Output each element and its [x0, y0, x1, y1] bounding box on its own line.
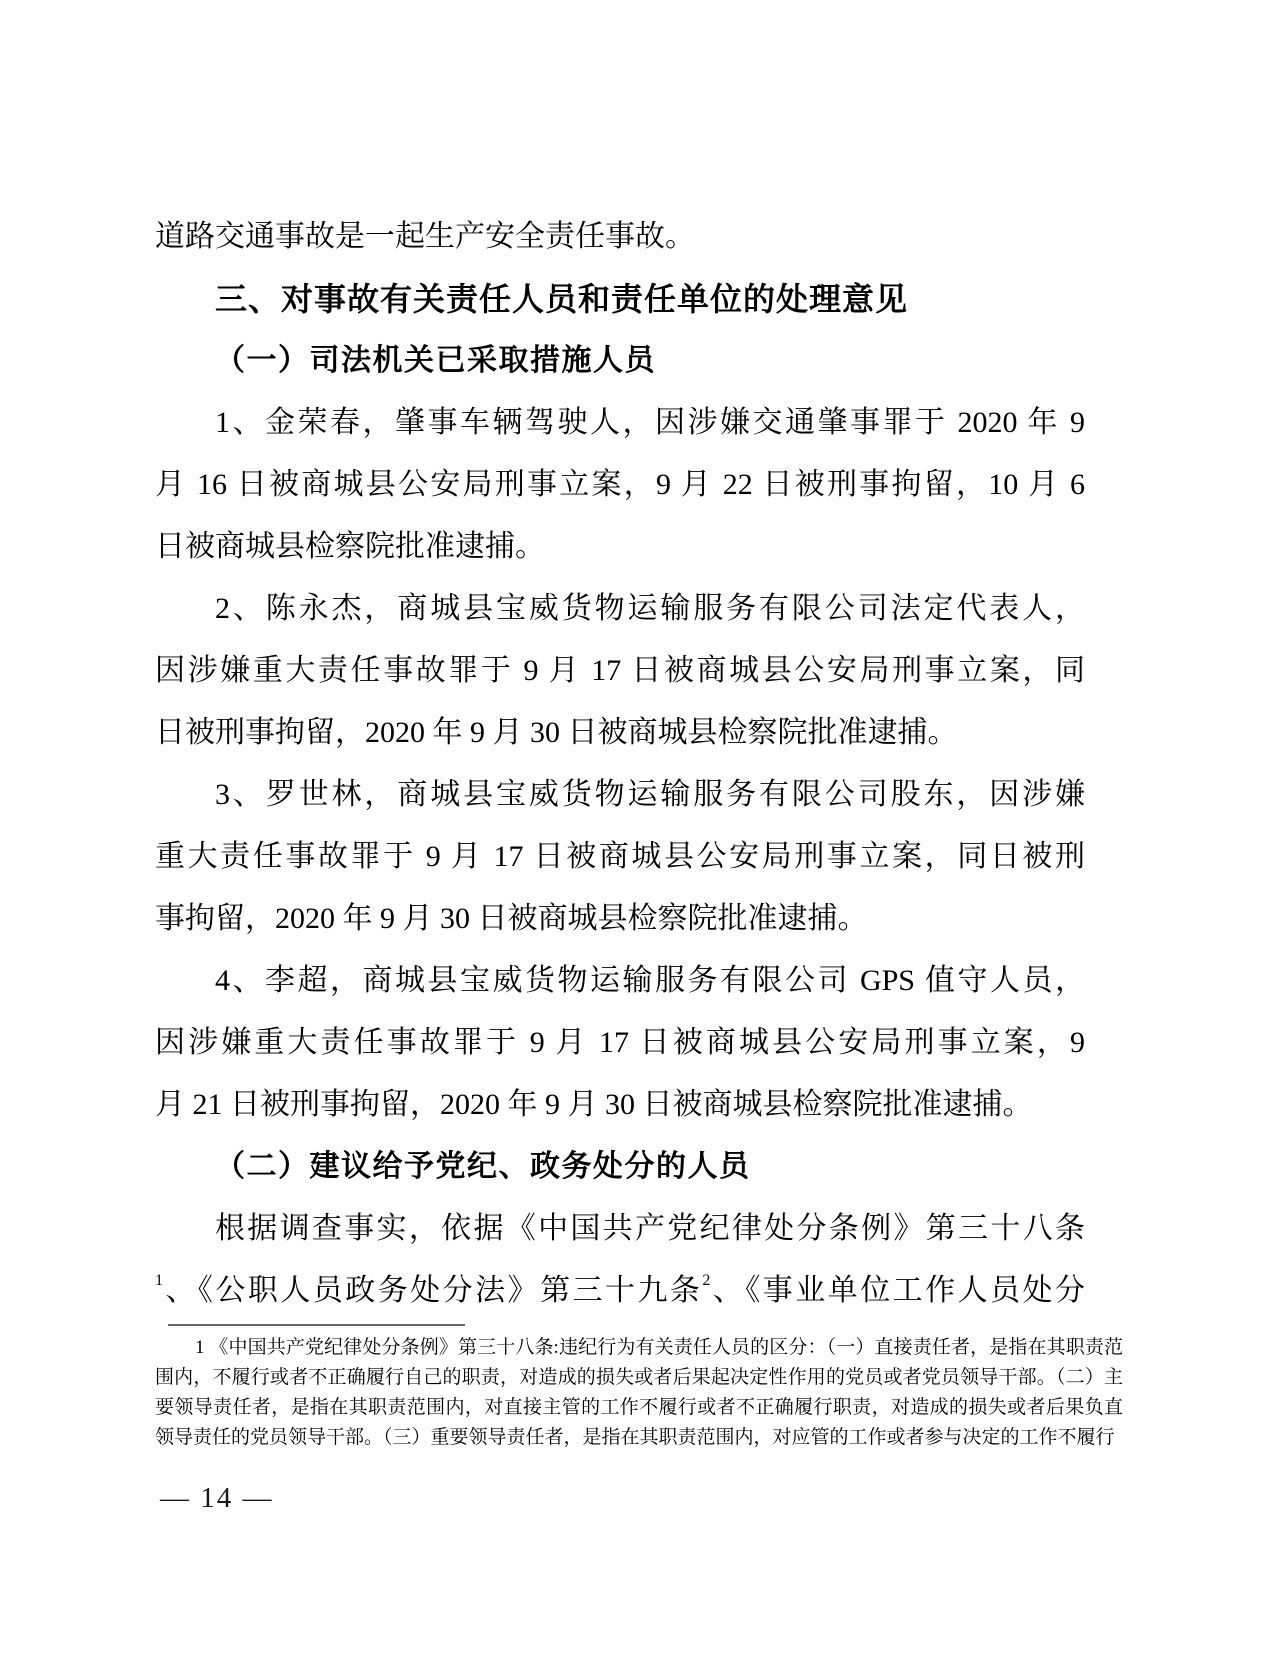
document-body: 道路交通事故是一起生产安全责任事故。三、对事故有关责任人员和责任单位的处理意见（… — [155, 206, 1085, 1322]
footnote-marker: 2 — [702, 1272, 710, 1289]
document-page: 道路交通事故是一起生产安全责任事故。三、对事故有关责任人员和责任单位的处理意见（… — [0, 0, 1280, 1656]
paragraph-line: 因涉嫌重大责任事故罪于 9 月 17 日被商城县公安局刑事立案，同 — [155, 640, 1085, 702]
paragraph-line: 重大责任事故罪于 9 月 17 日被商城县公安局刑事立案，同日被刑 — [155, 826, 1085, 888]
paragraph-line: 3、罗世林，商城县宝威货物运输服务有限公司股东，因涉嫌 — [155, 764, 1085, 826]
paragraph-line: 月 21 日被刑事拘留，2020 年 9 月 30 日被商城县检察院批准逮捕。 — [155, 1074, 1085, 1136]
text-run: 、《公职人员政务处分法》第三十九条 — [163, 1274, 702, 1307]
subsection-heading-1: （一）司法机关已采取措施人员 — [155, 330, 1085, 392]
footnote-line: 要领导责任者，是指在其职责范围内，对直接主管的工作不履行或者不正确履行职责，对造… — [155, 1393, 1123, 1423]
paragraph-line: 道路交通事故是一起生产安全责任事故。 — [155, 206, 1085, 268]
text-run: 、《事业单位工作人员处分 — [710, 1274, 1085, 1307]
paragraph-line: 月 16 日被商城县公安局刑事立案，9 月 22 日被刑事拘留，10 月 6 — [155, 454, 1085, 516]
paragraph-line: 1、《公职人员政务处分法》第三十九条2、《事业单位工作人员处分 — [155, 1260, 1085, 1322]
paragraph-line: 因涉嫌重大责任事故罪于 9 月 17 日被商城县公安局刑事立案，9 — [155, 1012, 1085, 1074]
paragraph-line: 根据调查事实，依据《中国共产党纪律处分条例》第三十八条 — [155, 1198, 1085, 1260]
section-heading: 三、对事故有关责任人员和责任单位的处理意见 — [155, 268, 1085, 330]
paragraph-line: 4、李超，商城县宝威货物运输服务有限公司 GPS 值守人员， — [155, 950, 1085, 1012]
page-number: — 14 — — [160, 1482, 274, 1515]
paragraph-line: 日被商城县检察院批准逮捕。 — [155, 516, 1085, 578]
footnote-line: 围内，不履行或者不正确履行自己的职责，对造成的损失或者后果起决定性作用的党员或者… — [155, 1363, 1123, 1393]
paragraph-line: 日被刑事拘留，2020 年 9 月 30 日被商城县检察院批准逮捕。 — [155, 702, 1085, 764]
footnote-marker: 1 — [155, 1272, 163, 1289]
footnote-line: 1 《中国共产党纪律处分条例》第三十八条:违纪行为有关责任人员的区分：（一）直接… — [155, 1333, 1123, 1363]
footnote-line: 领导责任的党员领导干部。（三）重要领导责任者，是指在其职责范围内，对应管的工作或… — [155, 1423, 1123, 1453]
paragraph-line: 2、陈永杰，商城县宝威货物运输服务有限公司法定代表人， — [155, 578, 1085, 640]
subsection-heading-2: （二）建议给予党纪、政务处分的人员 — [155, 1136, 1085, 1198]
paragraph-line: 事拘留，2020 年 9 月 30 日被商城县检察院批准逮捕。 — [155, 888, 1085, 950]
footnotes: 1 《中国共产党纪律处分条例》第三十八条:违纪行为有关责任人员的区分：（一）直接… — [155, 1333, 1123, 1453]
paragraph-line: 1、金荣春，肇事车辆驾驶人，因涉嫌交通肇事罪于 2020 年 9 — [155, 392, 1085, 454]
footnote-separator — [168, 1324, 465, 1326]
